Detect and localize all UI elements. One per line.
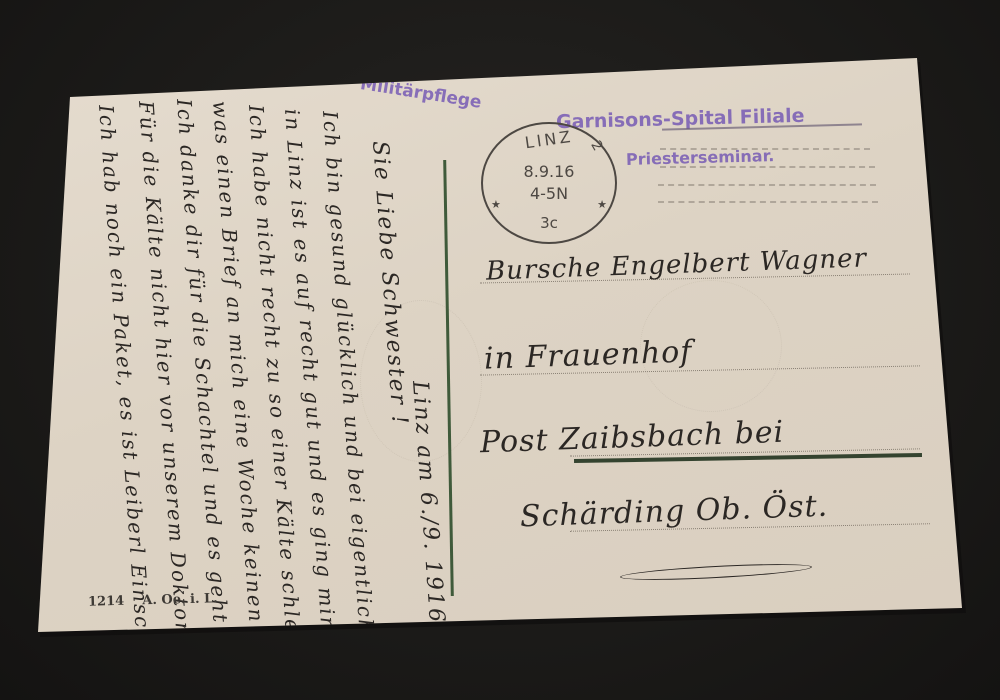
- cancel-line: [658, 201, 878, 203]
- address-line-1: Bursche Engelbert Wagner: [486, 243, 868, 286]
- address-line-3: Post Zaibsbach bei: [479, 415, 784, 461]
- postmark-star-icon: ★: [597, 198, 607, 211]
- postcard: Militärpflege Garnisons-Spital Filiale P…: [0, 0, 1000, 700]
- postmark-date: 8.9.16: [483, 162, 615, 181]
- flourish: [620, 561, 812, 583]
- cancel-line: [658, 184, 876, 186]
- imprint-number: 1214: [88, 594, 125, 610]
- address-line-4: Schärding Ob. Öst.: [519, 489, 828, 535]
- postmark-city: LINZ: [482, 121, 615, 158]
- postmark: LINZ 2 8.9.16 ★ 4-5N ★ 3c: [481, 122, 617, 244]
- address-line-2: in Frauenhof: [483, 334, 692, 376]
- publisher-imprint: 1214 A. Oe. i. L.: [88, 591, 218, 609]
- stamp-arc-text: Militärpflege: [359, 74, 483, 113]
- postmark-time: 4-5N: [483, 184, 615, 203]
- postmark-sub: 3c: [483, 214, 615, 232]
- stamp-sub-text: Priesterseminar.: [626, 146, 775, 169]
- imprint-publisher: A. Oe. i. L.: [142, 591, 218, 608]
